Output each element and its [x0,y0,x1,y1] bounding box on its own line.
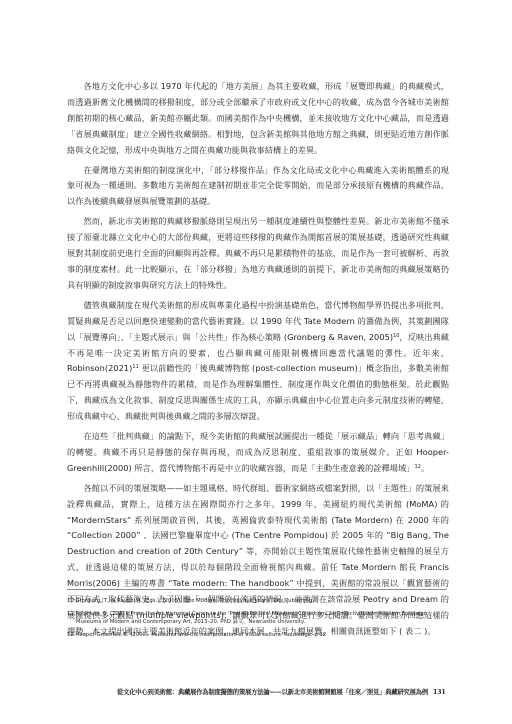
text-run: 儘管典藏制度在現代美術館的形成與專業化過程中扮演基礎角色，當代博物館學界仍提出多… [67,300,449,342]
paragraph-new-taipei-museum: 然而，新北市美術館的典藏移撥脈絡則呈現出另一種制度連續性與整體性差異。新北市美術… [67,214,449,294]
footnote-divider [67,589,447,590]
footnotes: 10.Gronberg, T., & Raven, A. (Eds.). (20… [67,597,452,644]
text-run: 。 [421,463,429,473]
paragraph-local-exhibitions: 各地方文化中心多以 1970 年代起的「地方美展」為其主要收藏，形成「展覽即典藏… [67,79,449,159]
running-footer-title: 從文化中心到美術館：典藏展作為制度擬態的策展方法論——以新北市美術館開館展「往來… [117,689,428,696]
paragraph-critical-collection: 在這些「批判典藏」的論點下，現今美術館的典藏展試圖提出一種從「展示藏品」轉向「思… [67,429,449,477]
body-text: 各地方文化中心多以 1970 年代起的「地方美展」為其主要收藏，形成「展覽即典藏… [67,79,449,644]
footnote-11: 11.Robinson, S. (2021). From the Art His… [67,610,452,627]
paragraph-collection-critique: 儘管典藏制度在現代美術館的形成與專業化過程中扮演基礎角色，當代博物館學界仍提出多… [67,298,449,425]
page-number: 131 [433,689,446,696]
document-page: 各地方文化中心多以 1970 年代起的「地方美展」為其主要收藏，形成「展覽即典藏… [0,0,512,724]
footnote-10: 10.Gronberg, T., & Raven, A. (Eds.). (20… [67,597,452,605]
footnote-12: 12.Hooper-Greenhill, E. (2000). Museums … [67,631,452,639]
text-run: 在這些「批判典藏」的論點下，現今美術館的典藏展試圖提出一種從「展示藏品」轉向「思… [67,431,449,473]
paragraph-partial-transfer: 在臺灣地方美術館的制度演化中，「部分移撥作品」作為文化局或文化中心典藏進入美術館… [67,163,449,211]
running-footer: 從文化中心到美術館：典藏展作為制度擬態的策展方法論——以新北市美術館開館展「往來… [117,688,485,698]
